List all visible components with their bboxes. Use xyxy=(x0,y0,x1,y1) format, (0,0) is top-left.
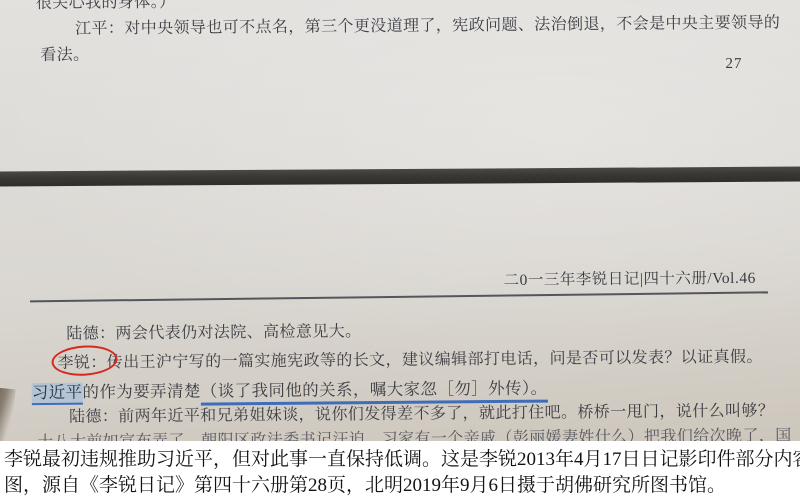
diary-line-lude-2: 陆德：前两年近平和兄弟姐妹谈，说你们发得差不多了，就此打住吧。桥桥一甩门，说什么… xyxy=(69,398,774,427)
photo-corner-shadow xyxy=(0,387,16,441)
caption-line-1: 李锐最初违规推助习近平，但对此事一直保持低调。这是李锐2013年4月17日日记影… xyxy=(4,444,800,471)
diary-photo: 很关心我的身体。） 江平：对中央领导也可不点名，第三个更没道理了，宪政问题、法治… xyxy=(0,0,800,441)
lirui-text: 传出王沪宁写的一篇实施宪政等的长文，建议编辑部打电话，问是否可以发表？以证真假。 xyxy=(107,349,763,372)
xi-line-middle: 的作为要弄清楚 xyxy=(82,382,200,402)
diary-top-line-end: 看法。 xyxy=(40,42,89,65)
red-circle-annotation xyxy=(51,344,119,378)
volume-header: 二0一三年李锐日记|四十六册/Vol.46 xyxy=(0,266,756,295)
diary-line-lirui: 李锐：传出王沪宁写的一篇实施宪政等的长文，建议编辑部打电话，问是否可以发表？以证… xyxy=(57,344,762,373)
diary-top-line-clipped: 很关心我的身体。） xyxy=(36,0,176,13)
caption-strip: 李锐最初违规推助习近平，但对此事一直保持低调。这是李锐2013年4月17日日记影… xyxy=(0,441,800,501)
diary-line-lude-1: 陆德：两会代表仍对法院、高检意见大。 xyxy=(66,318,361,344)
caption-line-2: 图，源自《李锐日记》第四十六册第28页，北明2019年9月6日摄于胡佛研究所图书… xyxy=(4,470,726,497)
page-number: 27 xyxy=(725,56,742,73)
xi-highlighted-text: 习近平 xyxy=(32,383,83,405)
diary-top-line-jiangping: 江平：对中央领导也可不点名，第三个更没道理了，宪政问题、法治倒退，不会是中央主要… xyxy=(75,10,780,39)
diary-line-xi: 习近平的作为要弄清楚（谈了我同他的关系，嘱大家忽［勿］外传）。 xyxy=(32,375,548,403)
page-separator-bar xyxy=(0,167,800,187)
